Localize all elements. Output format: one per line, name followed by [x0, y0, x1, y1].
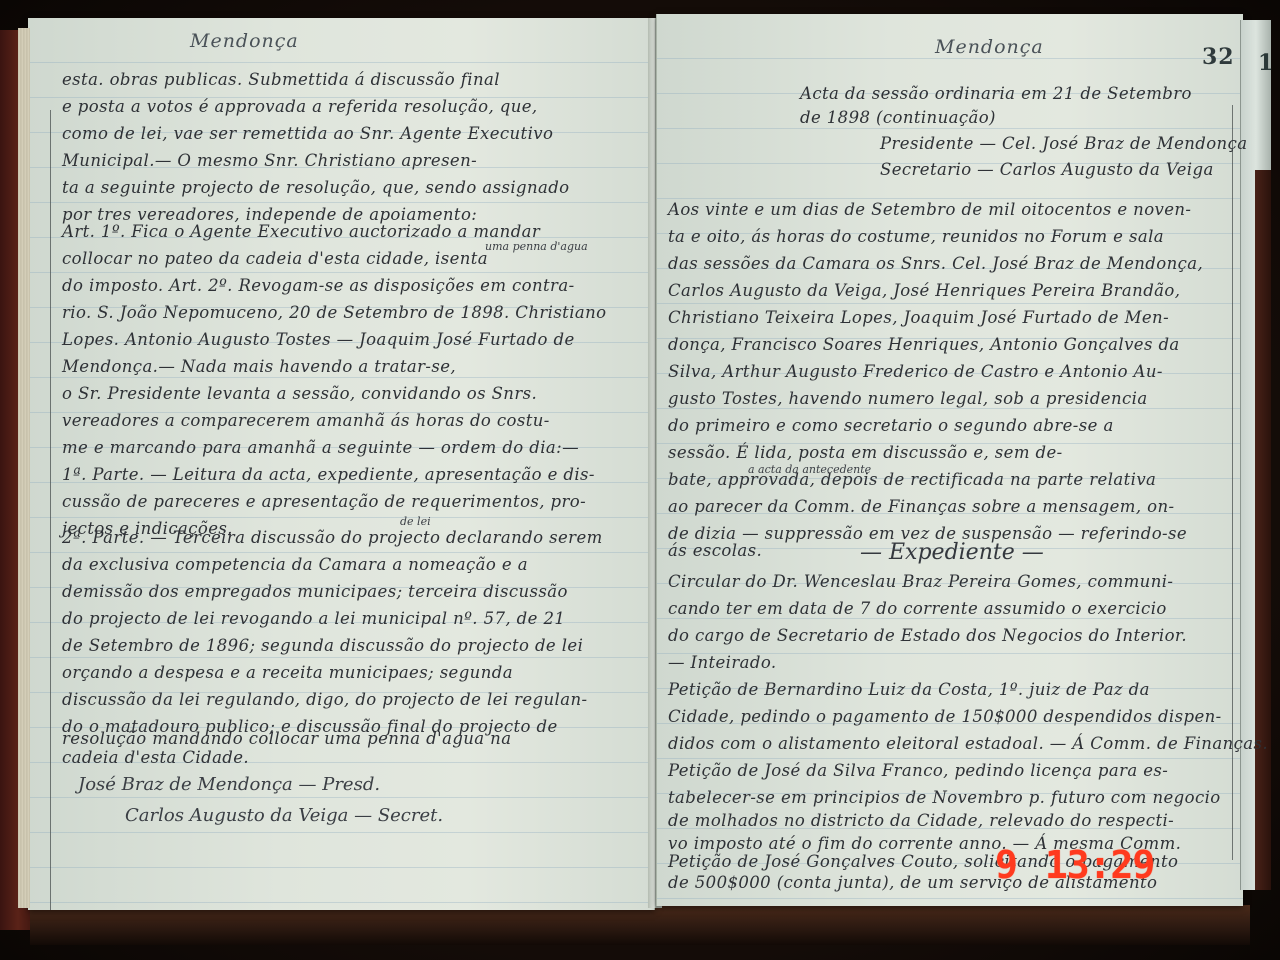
text-line: collocar no pateo da cadeia d'esta cidad…: [62, 249, 488, 268]
expediente-heading: — Expediente —: [860, 540, 1044, 565]
text-line: gusto Tostes, havendo numero legal, sob …: [668, 389, 1148, 408]
text-line: Cidade, pedindo o pagamento de 150$000 d…: [668, 707, 1222, 726]
right-page-header: Mendonça: [935, 36, 1044, 58]
text-line: Lopes. Antonio Augusto Tostes — Joaquim …: [62, 330, 575, 349]
minutes-title-line: Acta da sessão ordinaria em 21 de Setemb…: [800, 84, 1192, 103]
text-line: Circular do Dr. Wenceslau Braz Pereira G…: [668, 572, 1173, 591]
text-line: sessão. É lida, posta em discussão e, se…: [668, 443, 1063, 462]
text-line: tabelecer-se em principios de Novembro p…: [668, 788, 1221, 807]
president-officer-line: Presidente — Cel. José Braz de Mendonça: [880, 134, 1247, 153]
text-line: cadeia d'esta Cidade.: [62, 748, 249, 767]
text-line: ta a seguinte projecto de resolução, que…: [62, 178, 570, 197]
text-line: da exclusiva competencia da Camara a nom…: [62, 555, 528, 574]
text-line: de Setembro de 1896; segunda discussão d…: [62, 636, 583, 655]
interlinear-insert: uma penna d'agua: [485, 240, 588, 253]
text-line: bate, approvada, depois de rectificada n…: [668, 470, 1156, 489]
index-tab-number: 1: [1258, 50, 1273, 76]
text-line: — Inteirado.: [668, 653, 777, 672]
page-edge-stack: [18, 28, 30, 908]
text-line: orçando a despesa e a receita municipaes…: [62, 663, 513, 682]
secretary-signature: Carlos Augusto da Veiga — Secret.: [125, 805, 443, 826]
left-margin-rule: [50, 110, 51, 910]
text-line: Petição de José da Silva Franco, pedindo…: [668, 761, 1168, 780]
text-line: resolução mandando collocar uma penna d'…: [62, 729, 511, 748]
text-line: discussão da lei regulando, digo, do pro…: [62, 690, 587, 709]
text-line: didos com o alistamento eleitoral estado…: [668, 734, 1268, 753]
text-line: donça, Francisco Soares Henriques, Anton…: [668, 335, 1180, 354]
tab-shadow: [1255, 170, 1271, 890]
text-line: do projecto de lei revogando a lei munic…: [62, 609, 565, 628]
page-number: 32: [1202, 44, 1235, 70]
text-line: demissão dos empregados municipaes; terc…: [62, 582, 568, 601]
secretary-officer-line: Secretario — Carlos Augusto da Veiga: [880, 160, 1214, 179]
book-cover-bottom: [30, 905, 1250, 945]
text-line: ao parecer da Comm. de Finanças sobre a …: [668, 497, 1174, 516]
text-line: o Sr. Presidente levanta a sessão, convi…: [62, 384, 537, 403]
open-ledger-book: Mendonça esta. obras publicas. Submettid…: [0, 0, 1280, 960]
text-line: me e marcando para amanhã a seguinte — o…: [62, 438, 579, 457]
text-line: Municipal.— O mesmo Snr. Christiano apre…: [62, 151, 477, 170]
text-line: das sessões da Camara os Snrs. Cel. José…: [668, 254, 1203, 273]
text-line: esta. obras publicas. Submettida á discu…: [62, 70, 500, 89]
president-signature: José Braz de Mendonça — Presd.: [78, 774, 380, 795]
timestamp-time: 13:29: [1045, 843, 1154, 887]
text-line: Petição de Bernardino Luiz da Costa, 1º.…: [668, 680, 1150, 699]
text-line: cussão de pareceres e apresentação de re…: [62, 492, 586, 511]
text-line: Mendonça.— Nada mais havendo a tratar-se…: [62, 357, 456, 376]
text-line: 1ª. Parte. — Leitura da acta, expediente…: [62, 465, 595, 484]
text-line: do imposto. Art. 2º. Revogam-se as dispo…: [62, 276, 575, 295]
text-line: ás escolas.: [668, 541, 762, 560]
text-line: do primeiro e como secretario o segundo …: [668, 416, 1114, 435]
text-line: Christiano Teixeira Lopes, Joaquim José …: [668, 308, 1169, 327]
text-line: 2ª. Parte. — Terceira discussão do proje…: [62, 528, 603, 547]
text-line: Aos vinte e um dias de Setembro de mil o…: [668, 200, 1191, 219]
left-page-header: Mendonça: [190, 30, 299, 52]
minutes-title-line: de 1898 (continuação): [800, 108, 996, 127]
text-line: do cargo de Secretario de Estado dos Neg…: [668, 626, 1187, 645]
text-line: Art. 1º. Fica o Agente Executivo auctori…: [62, 222, 540, 241]
text-line: cando ter em data de 7 do corrente assum…: [668, 599, 1167, 618]
interlinear-insert: de lei: [400, 515, 431, 528]
text-line: ta e oito, ás horas do costume, reunidos…: [668, 227, 1164, 246]
text-line: Silva, Arthur Augusto Frederico de Castr…: [668, 362, 1163, 381]
text-line: e posta a votos é approvada a referida r…: [62, 97, 538, 116]
text-line: rio. S. João Nepomuceno, 20 de Setembro …: [62, 303, 607, 322]
text-line: como de lei, vae ser remettida ao Snr. A…: [62, 124, 553, 143]
text-line: Carlos Augusto da Veiga, José Henriques …: [668, 281, 1180, 300]
text-line: vereadores a comparecerem amanhã ás hora…: [62, 411, 550, 430]
text-line: de molhados no districto da Cidade, rele…: [668, 811, 1174, 830]
camera-timestamp-overlay: 913:29: [995, 843, 1154, 887]
timestamp-date-fragment: 9: [995, 843, 1017, 887]
